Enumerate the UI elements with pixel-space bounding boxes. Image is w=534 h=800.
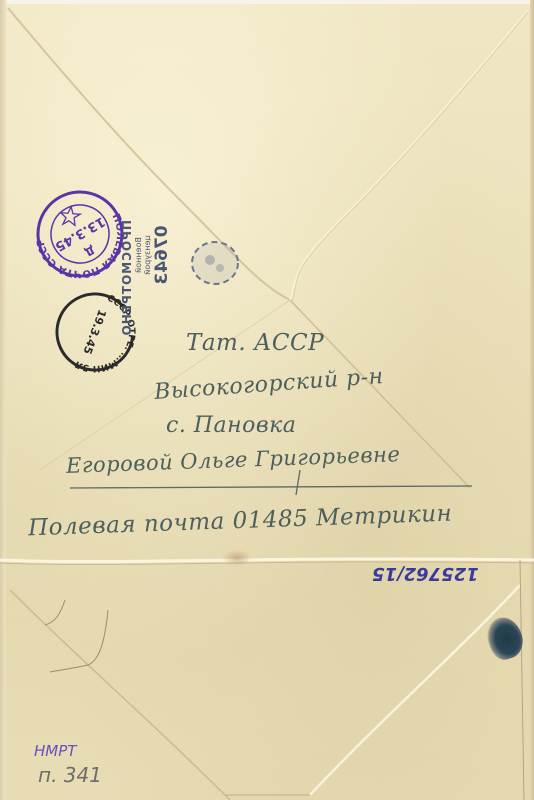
faint-round-stamp [188, 238, 242, 288]
stain-mark [222, 550, 252, 566]
field-post-stamp-date: 13.3.45 [52, 213, 107, 254]
field-post-stamp: ПОЛЕВАЯ ПОЧТА СССР 13.3.45 Д [33, 188, 127, 280]
address-line-region: Тат. АССР [186, 330, 324, 356]
collection-code: НМРТ [34, 742, 76, 760]
item-number: п. 341 [38, 763, 102, 787]
postmark-stamp-date: 19.3.45 [80, 308, 108, 356]
censor-stamp-line1: ПРОСМОТРЕНО [120, 220, 134, 290]
fold-lines [0, 0, 534, 800]
address-line-village: с. Пановка [166, 413, 296, 438]
field-post-stamp-series: Д [82, 243, 97, 259]
censor-stamp-line2: Военной цензурой [134, 220, 152, 290]
registry-number: 125762/15 [372, 563, 479, 584]
censor-stamp-number: 07643 [152, 220, 172, 290]
